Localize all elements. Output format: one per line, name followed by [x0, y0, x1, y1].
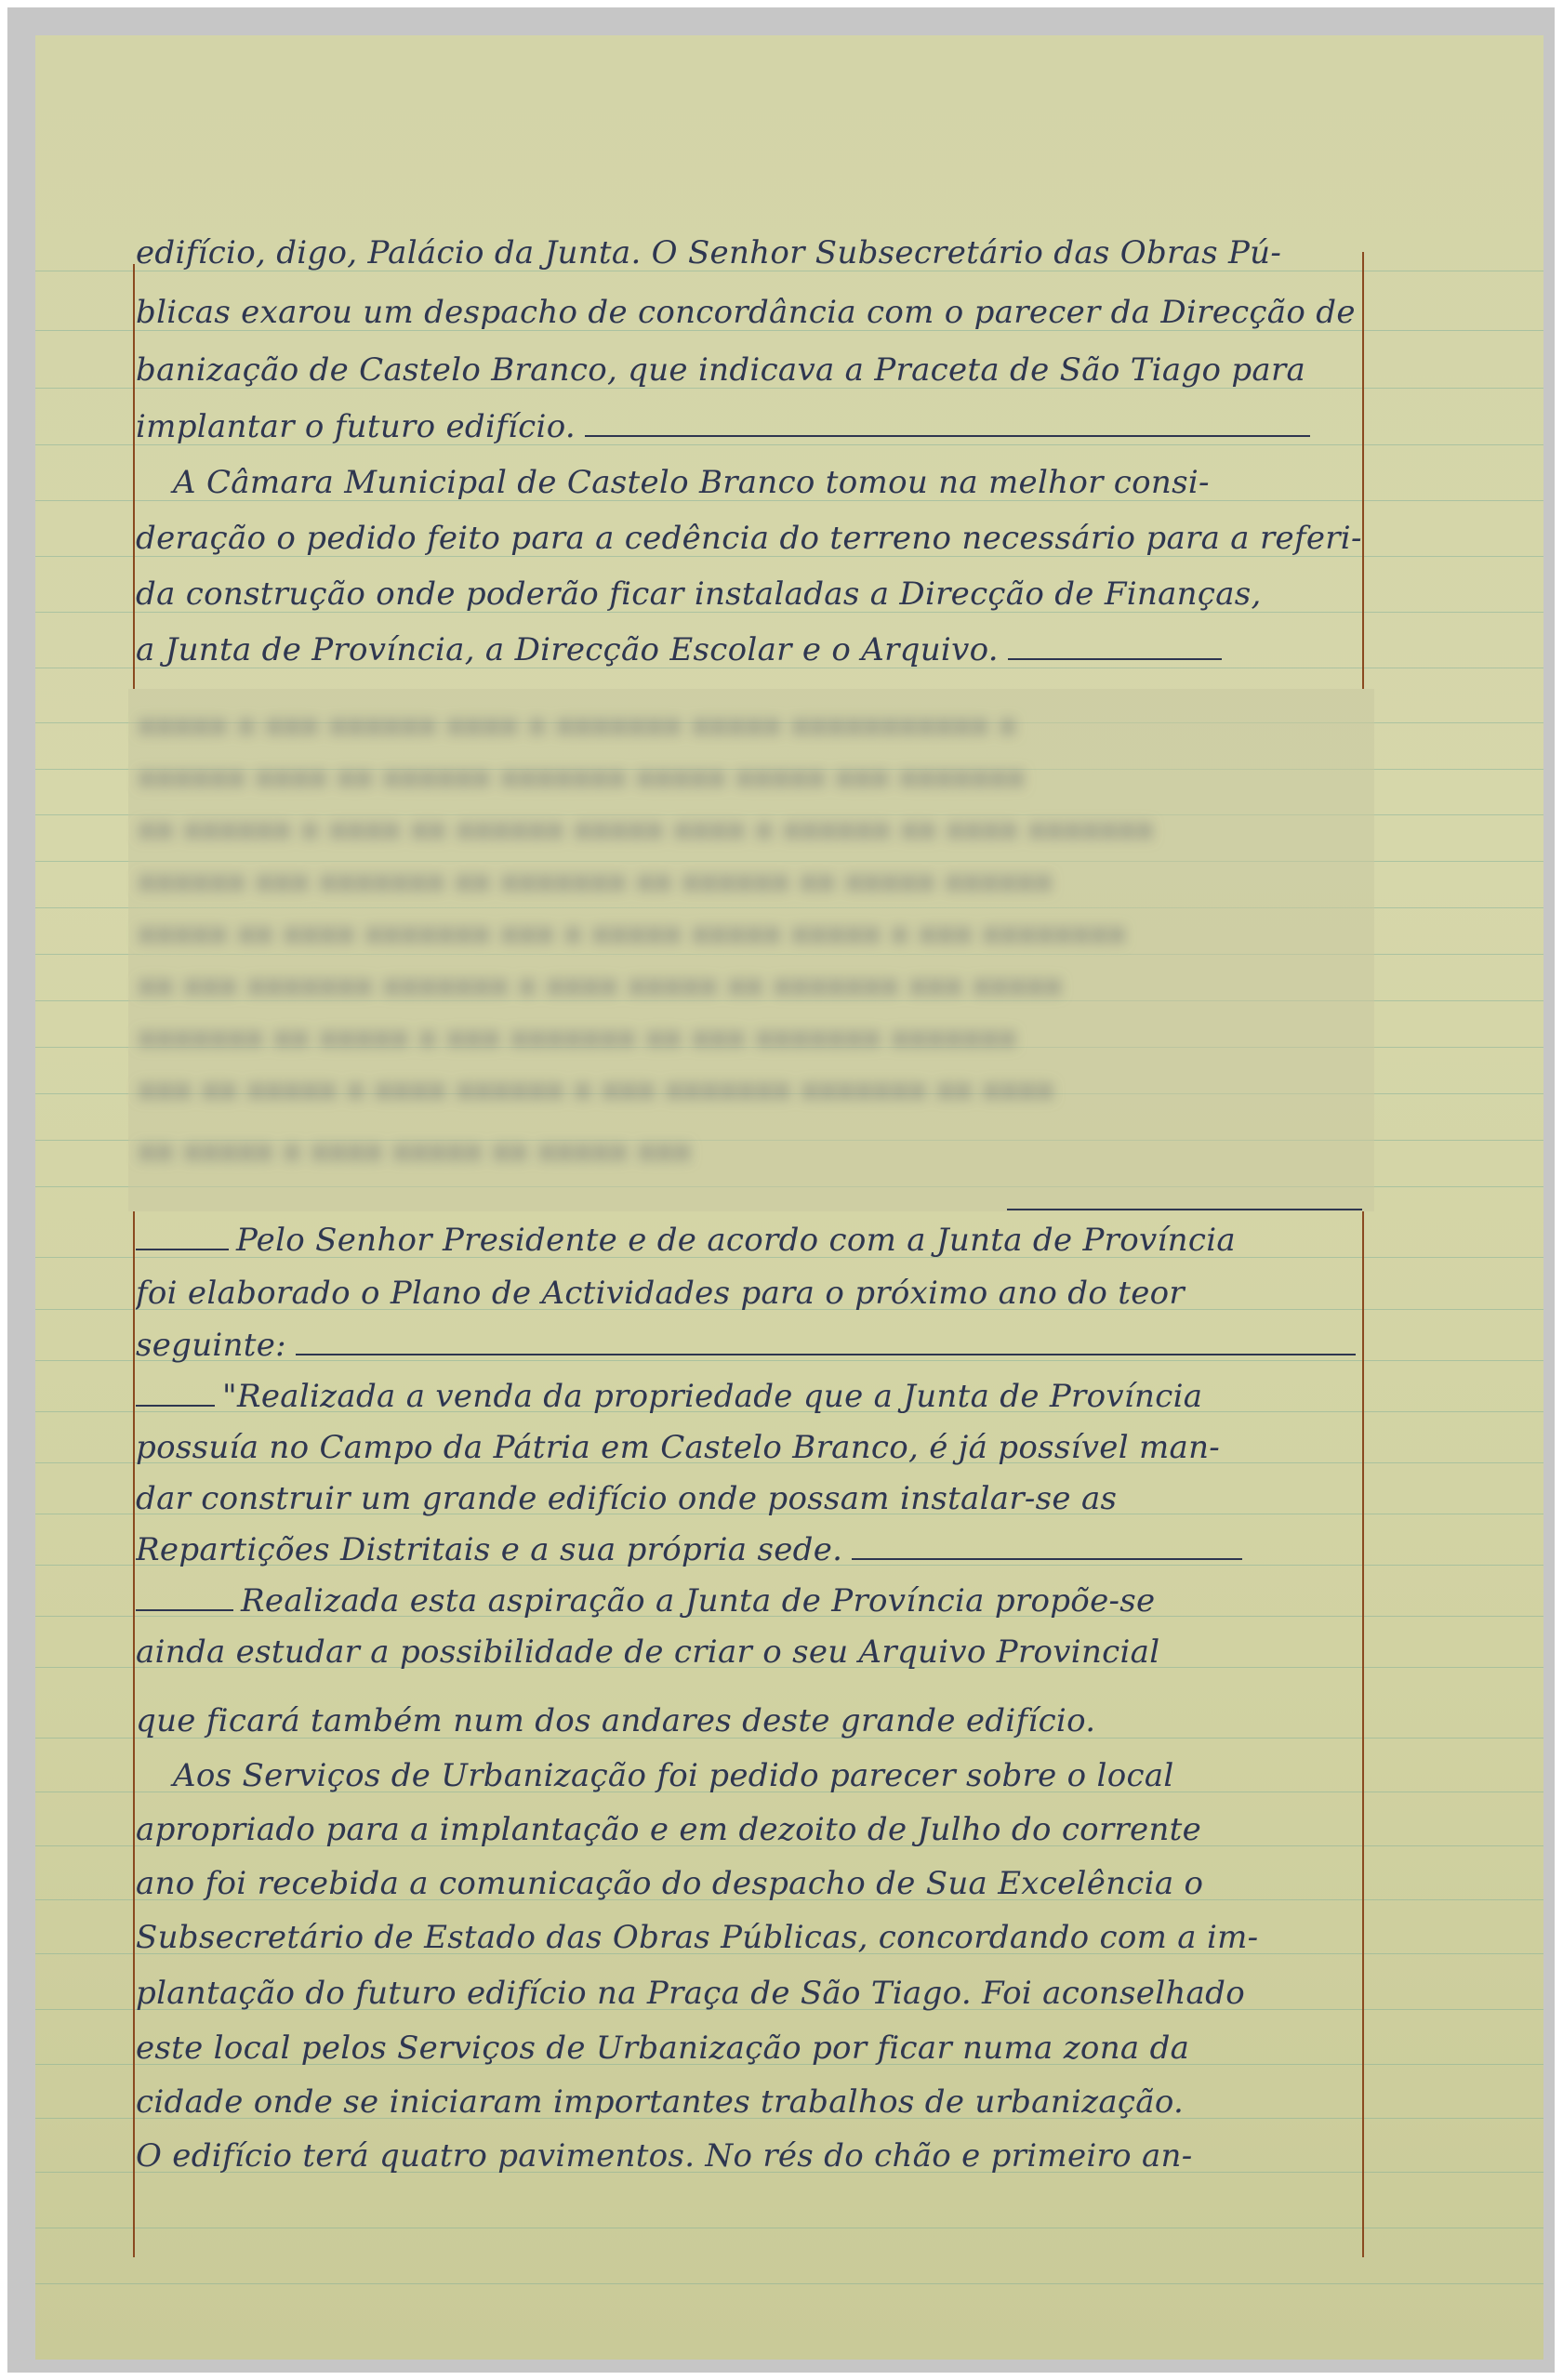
redacted-line: xxxxx xx xxxx xxxxxxx xxx x xxxxx xxxxx …	[128, 918, 1374, 949]
text-line: "Realizada a venda da propriedade que a …	[136, 1378, 1361, 1415]
text-line: Aos Serviços de Urbanização foi pedido p…	[136, 1757, 1398, 1794]
text-line-content: a Junta de Província, a Direcção Escolar…	[136, 631, 999, 668]
ruled-paper-page: edifício, digo, Palácio da Junta. O Senh…	[35, 35, 1543, 2360]
line-filler-stroke	[585, 435, 1310, 437]
text-line-content: Repartições Distritais e a sua própria s…	[136, 1531, 842, 1568]
text-line: Subsecretário de Estado das Obras Públic…	[136, 1919, 1361, 1956]
line-filler-stroke	[296, 1354, 1356, 1355]
text-line: este local pelos Serviços de Urbanização…	[136, 2030, 1361, 2067]
redacted-line: xx xxxxx x xxxx xxxxx xx xxxxx xxx	[128, 1135, 1374, 1167]
text-line: banização de Castelo Branco, que indicav…	[136, 351, 1361, 389]
text-line: da construção onde poderão ficar instala…	[136, 575, 1361, 613]
text-line: deração o pedido feito para a cedência d…	[136, 520, 1361, 557]
text-line-content: "Realizada a venda da propriedade que a …	[222, 1378, 1202, 1415]
ruled-line	[35, 2283, 1543, 2284]
text-line: possuía no Campo da Pátria em Castelo Br…	[136, 1429, 1361, 1466]
text-line: edifício, digo, Palácio da Junta. O Senh…	[136, 234, 1361, 271]
left-margin-line	[133, 1211, 135, 2257]
redacted-line: xxxxx x xxx xxxxxx xxxx x xxxxxxx xxxxx …	[128, 709, 1374, 741]
text-line: dar construir um grande edifício onde po…	[136, 1480, 1361, 1517]
text-line: cidade onde se iniciaram importantes tra…	[136, 2083, 1361, 2121]
text-line-content: implantar o futuro edifício.	[136, 408, 576, 445]
text-line: a Junta de Província, a Direcção Escolar…	[136, 631, 1361, 668]
line-filler-stroke	[1007, 1209, 1362, 1210]
redacted-blurred-region: xxxxx x xxx xxxxxx xxxx x xxxxxxx xxxxx …	[128, 689, 1374, 1211]
redacted-line: xx xxxxxx x xxxx xx xxxxxx xxxxx xxxx x …	[128, 813, 1374, 845]
redacted-line: xx xxx xxxxxxx xxxxxxx x xxxx xxxxx xx x…	[128, 970, 1374, 1001]
redacted-line: xxx xx xxxxx x xxxx xxxxxx x xxx xxxxxxx…	[128, 1074, 1374, 1105]
redacted-line: xxxxxxx xx xxxxx x xxx xxxxxxx xx xxx xx…	[128, 1022, 1374, 1053]
text-line: Realizada esta aspiração a Junta de Prov…	[136, 1582, 1361, 1620]
line-lead-stroke	[136, 1249, 229, 1250]
text-line: Repartições Distritais e a sua própria s…	[136, 1531, 1361, 1568]
text-line: ano foi recebida a comunicação do despac…	[136, 1865, 1361, 1902]
redacted-line: xxxxxx xxx xxxxxxx xx xxxxxxx xx xxxxxx …	[128, 866, 1374, 897]
line-filler-stroke	[1008, 658, 1222, 660]
text-line: seguinte:	[136, 1327, 1361, 1364]
text-line-content: Pelo Senhor Presidente e de acordo com a…	[236, 1222, 1236, 1259]
line-filler-stroke	[852, 1558, 1242, 1560]
text-line: plantação do futuro edifício na Praça de…	[136, 1975, 1361, 2012]
text-line: apropriado para a implantação e em dezoi…	[136, 1811, 1361, 1848]
text-line: implantar o futuro edifício.	[136, 408, 1361, 445]
page-frame: edifício, digo, Palácio da Junta. O Senh…	[7, 7, 1555, 2373]
text-line: blicas exarou um despacho de concordânci…	[136, 294, 1361, 331]
left-margin-line	[133, 264, 135, 689]
text-line-content: Realizada esta aspiração a Junta de Prov…	[241, 1582, 1155, 1620]
text-line-content: seguinte:	[136, 1327, 286, 1364]
text-line: A Câmara Municipal de Castelo Branco tom…	[136, 464, 1398, 501]
ruled-line	[35, 2228, 1543, 2228]
text-line: que ficará também num dos andares deste …	[136, 1702, 1361, 1739]
text-line: foi elaborado o Plano de Actividades par…	[136, 1275, 1361, 1312]
line-lead-stroke	[136, 1609, 233, 1611]
text-line: Pelo Senhor Presidente e de acordo com a…	[136, 1222, 1361, 1259]
text-line: ainda estudar a possibilidade de criar o…	[136, 1633, 1361, 1671]
right-margin-line	[1362, 1211, 1364, 2257]
line-lead-stroke	[136, 1405, 215, 1407]
text-line: O edifício terá quatro pavimentos. No ré…	[136, 2137, 1361, 2175]
redacted-line: xxxxxx xxxx xx xxxxxx xxxxxxx xxxxx xxxx…	[128, 761, 1374, 793]
